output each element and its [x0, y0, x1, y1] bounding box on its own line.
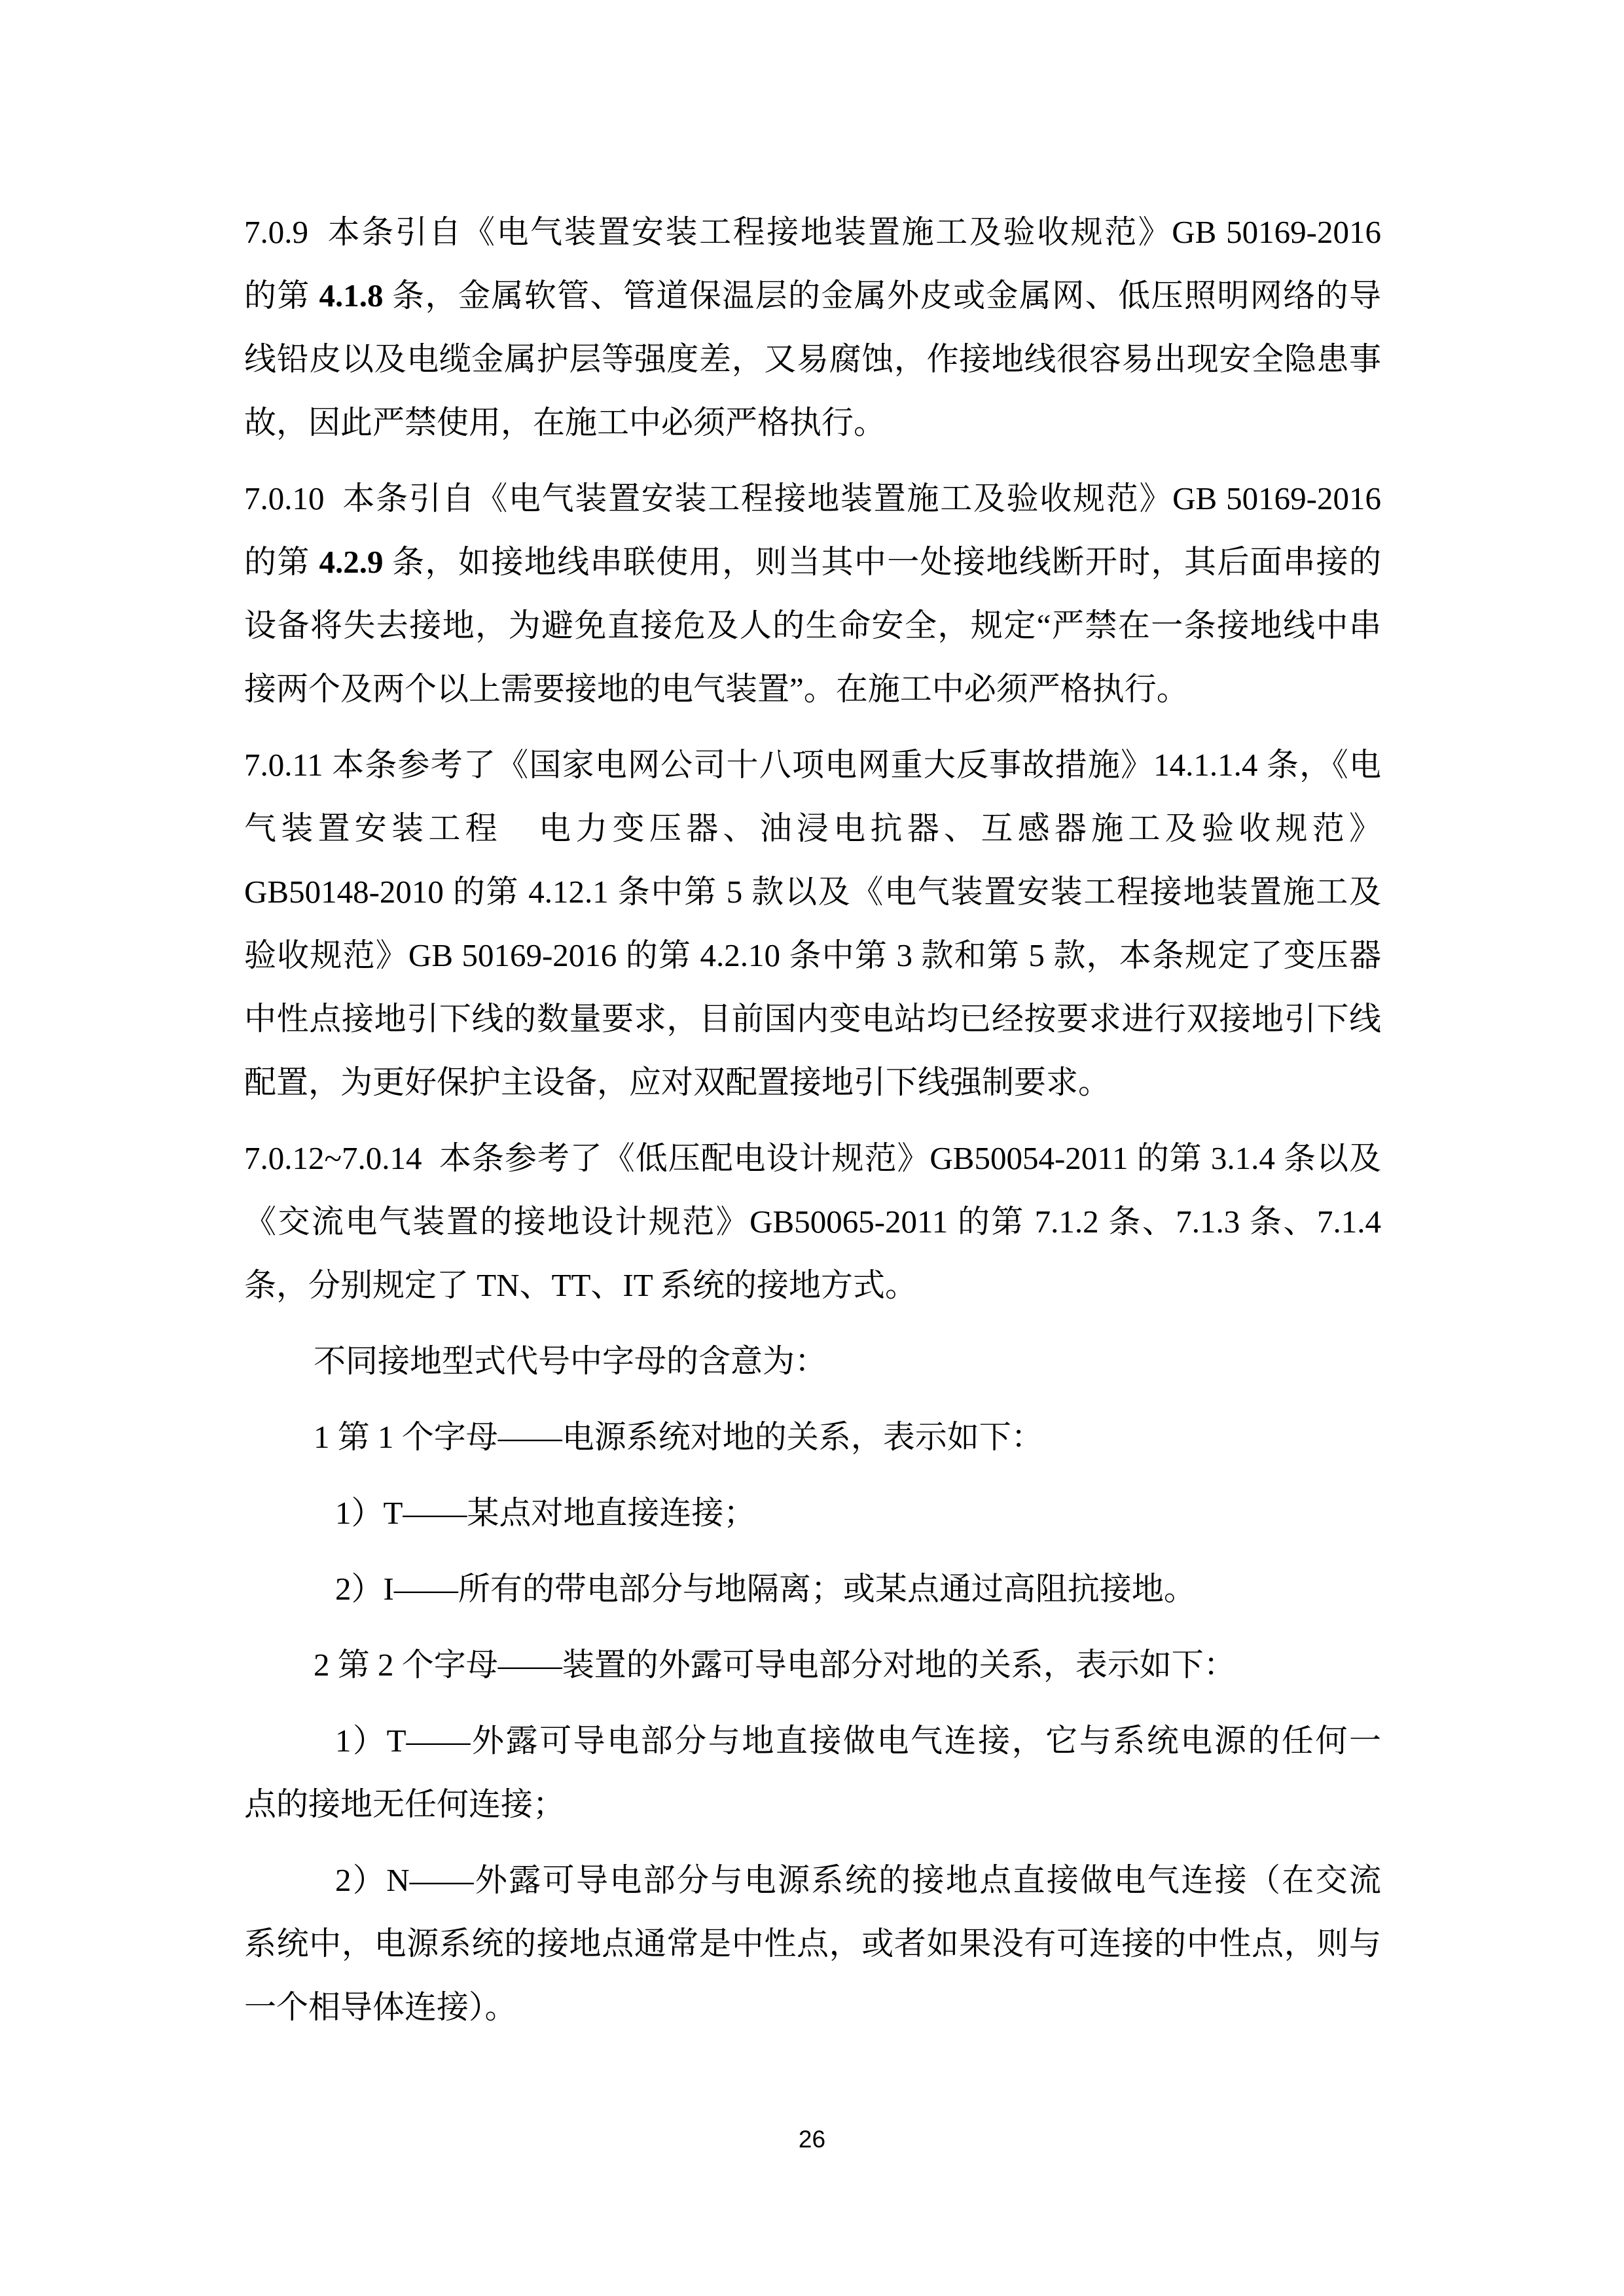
text-line: 2 第 2 个字母——装置的外露可导电部分对地的关系，表示如下： [244, 1633, 1381, 1696]
first-letter-item-t: 1）T——某点对地直接连接； [244, 1481, 1381, 1545]
grounding-code-letters-intro: 不同接地型式代号中字母的含意为： [244, 1329, 1381, 1393]
second-letter-item-t: 1）T——外露可导电部分与地直接做电气连接，它与系统电源的任何一点的接地无任何连… [244, 1709, 1381, 1836]
text-line: 7.0.10 本条引自《电气装置安装工程接地装置施工及验收规范》GB 50169… [244, 467, 1381, 530]
text-line: 气装置安装工程 电力变压器、油浸电抗器、互感器施工及验收规范》 [244, 797, 1381, 860]
second-letter-heading: 2 第 2 个字母——装置的外露可导电部分对地的关系，表示如下： [244, 1633, 1381, 1696]
document-page: 7.0.9 本条引自《电气装置安装工程接地装置施工及验收规范》GB 50169-… [0, 0, 1624, 2296]
first-letter-item-i: 2）I——所有的带电部分与地隔离；或某点通过高阻抗接地。 [244, 1557, 1381, 1621]
text-line: 7.0.9 本条引自《电气装置安装工程接地装置施工及验收规范》GB 50169-… [244, 200, 1381, 264]
clause-7-0-11: 7.0.11 本条参考了《国家电网公司十八项电网重大反事故措施》14.1.1.4… [244, 733, 1381, 1114]
text-line: 配置，为更好保护主设备，应对双配置接地引下线强制要求。 [244, 1050, 1381, 1114]
text-line: 中性点接地引下线的数量要求，目前国内变电站均已经按要求进行双接地引下线 [244, 987, 1381, 1050]
text-line: 1 第 1 个字母——电源系统对地的关系，表示如下： [244, 1405, 1381, 1469]
text-line: 线铅皮以及电缆金属护层等强度差，又易腐蚀，作接地线很容易出现安全隐患事 [244, 327, 1381, 391]
second-letter-item-n: 2）N——外露可导电部分与电源系统的接地点直接做电气连接（在交流系统中，电源系统… [244, 1848, 1381, 2039]
text-line: 点的接地无任何连接； [244, 1772, 1381, 1836]
document-body: 7.0.9 本条引自《电气装置安装工程接地装置施工及验收规范》GB 50169-… [244, 200, 1381, 2051]
text-line: 不同接地型式代号中字母的含意为： [244, 1329, 1381, 1393]
text-line: GB50148-2010 的第 4.12.1 条中第 5 款以及《电气装置安装工… [244, 860, 1381, 924]
text-line: 故，因此严禁使用，在施工中必须严格执行。 [244, 391, 1381, 454]
text-line: 条，分别规定了 TN、TT、IT 系统的接地方式。 [244, 1253, 1381, 1317]
clause-7-0-9: 7.0.9 本条引自《电气装置安装工程接地装置施工及验收规范》GB 50169-… [244, 200, 1381, 454]
text-line: 系统中，电源系统的接地点通常是中性点，或者如果没有可连接的中性点，则与 [244, 1912, 1381, 1975]
text-line: 1）T——外露可导电部分与地直接做电气连接，它与系统电源的任何一 [244, 1709, 1381, 1772]
text-line: 的第 4.2.9 条，如接地线串联使用，则当其中一处接地线断开时，其后面串接的 [244, 530, 1381, 594]
page-number: 26 [0, 2126, 1624, 2153]
text-line: 验收规范》GB 50169-2016 的第 4.2.10 条中第 3 款和第 5… [244, 924, 1381, 987]
clause-7-0-10: 7.0.10 本条引自《电气装置安装工程接地装置施工及验收规范》GB 50169… [244, 467, 1381, 721]
text-line: 接两个及两个以上需要接地的电气装置”。在施工中必须严格执行。 [244, 657, 1381, 721]
text-line: 一个相导体连接）。 [244, 1975, 1381, 2039]
text-line: 7.0.11 本条参考了《国家电网公司十八项电网重大反事故措施》14.1.1.4… [244, 733, 1381, 797]
text-line: 7.0.12~7.0.14 本条参考了《低压配电设计规范》GB50054-201… [244, 1126, 1381, 1190]
text-line: 的第 4.1.8 条，金属软管、管道保温层的金属外皮或金属网、低压照明网络的导 [244, 264, 1381, 327]
text-line: 设备将失去接地，为避免直接危及人的生命安全，规定“严禁在一条接地线中串 [244, 594, 1381, 657]
text-line: 2）I——所有的带电部分与地隔离；或某点通过高阻抗接地。 [244, 1557, 1381, 1621]
text-line: 1）T——某点对地直接连接； [244, 1481, 1381, 1545]
text-line: 《交流电气装置的接地设计规范》GB50065-2011 的第 7.1.2 条、7… [244, 1190, 1381, 1253]
first-letter-heading: 1 第 1 个字母——电源系统对地的关系，表示如下： [244, 1405, 1381, 1469]
clause-7-0-12-to-7-0-14: 7.0.12~7.0.14 本条参考了《低压配电设计规范》GB50054-201… [244, 1126, 1381, 1317]
text-line: 2）N——外露可导电部分与电源系统的接地点直接做电气连接（在交流 [244, 1848, 1381, 1912]
